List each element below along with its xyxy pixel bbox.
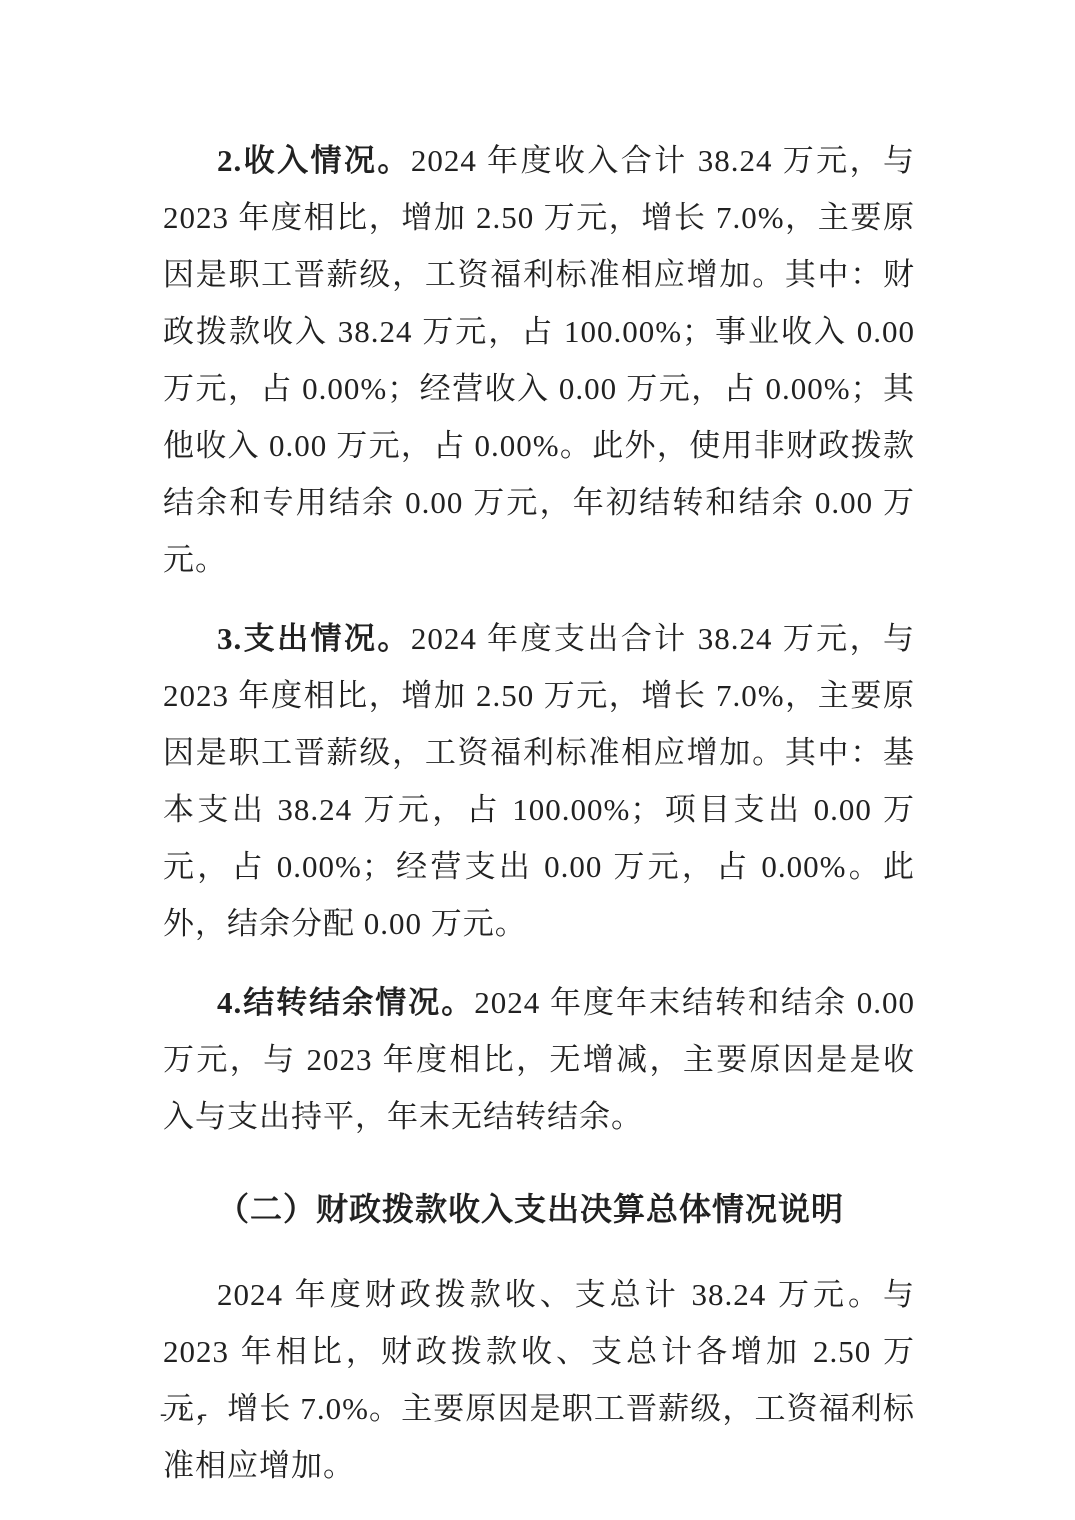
- page-number: - 2 -: [160, 1401, 210, 1425]
- paragraph-carryover: 4.结转结余情况。2024 年度年末结转和结余 0.00 万元，与 2023 年…: [163, 974, 915, 1145]
- paragraph-expenditure-lead: 3.支出情况。: [217, 621, 411, 656]
- document-page: 2.收入情况。2024 年度收入合计 38.24 万元，与 2023 年度相比，…: [0, 0, 1075, 1520]
- paragraph-income: 2.收入情况。2024 年度收入合计 38.24 万元，与 2023 年度相比，…: [163, 132, 915, 588]
- paragraph-income-text: 2024 年度收入合计 38.24 万元，与 2023 年度相比，增加 2.50…: [163, 143, 915, 577]
- paragraph-fiscal-summary: 2024 年度财政拨款收、支总计 38.24 万元。与 2023 年相比，财政拨…: [163, 1266, 915, 1494]
- page-footer: - 2 -: [160, 1400, 210, 1426]
- paragraph-expenditure-text: 2024 年度支出合计 38.24 万元，与 2023 年度相比，增加 2.50…: [163, 621, 915, 941]
- section-heading-fiscal-appropriation: （二）财政拨款收入支出决算总体情况说明: [163, 1181, 915, 1238]
- paragraph-carryover-lead: 4.结转结余情况。: [217, 985, 474, 1020]
- document-body: 2.收入情况。2024 年度收入合计 38.24 万元，与 2023 年度相比，…: [163, 132, 915, 1516]
- paragraph-expenditure: 3.支出情况。2024 年度支出合计 38.24 万元，与 2023 年度相比，…: [163, 610, 915, 952]
- paragraph-income-lead: 2.收入情况。: [217, 143, 411, 178]
